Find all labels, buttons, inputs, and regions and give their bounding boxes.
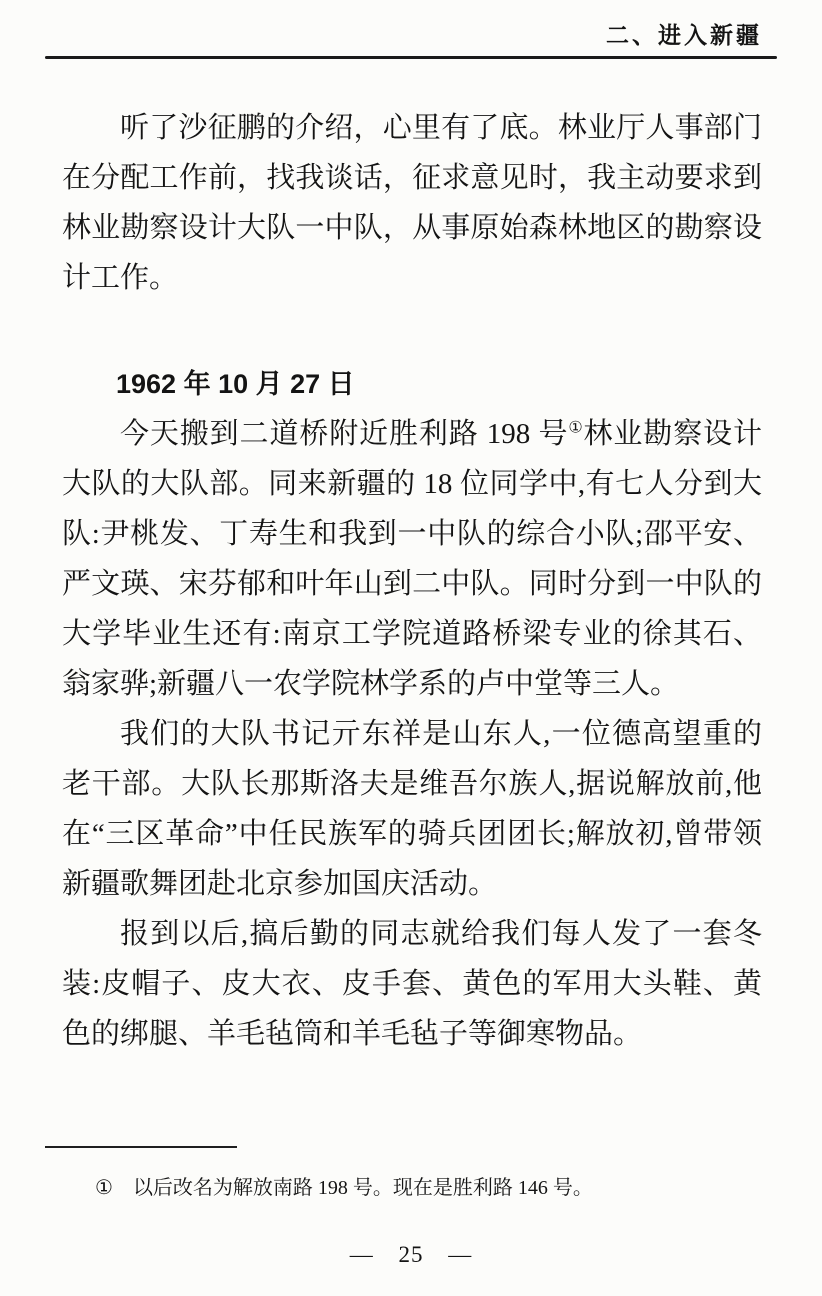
paragraph: 今天搬到二道桥附近胜利路 198 号①林业勘察设计大队的大队部。同来新疆的 18… (62, 409, 762, 709)
footnote-ref: ① (568, 419, 583, 436)
text-block: 听了沙征鹏的介绍，心里有了底。林业厅人事部门在分配工作前，找我谈话，征求意见时，… (62, 103, 762, 1059)
footnote-marker: ① (95, 1177, 113, 1199)
header-rule (45, 56, 777, 59)
footnote-rule (45, 1146, 237, 1148)
footnote: ①以后改名为解放南路 198 号。现在是胜利路 146 号。 (45, 1174, 762, 1202)
footnote-area: ①以后改名为解放南路 198 号。现在是胜利路 146 号。 (45, 1146, 762, 1202)
running-header: 二、进入新疆 (62, 0, 762, 49)
chapter-title: 二、进入新疆 (606, 23, 762, 48)
paragraph: 听了沙征鹏的介绍，心里有了底。林业厅人事部门在分配工作前，找我谈话，征求意见时，… (62, 103, 762, 303)
paragraph: 我们的大队书记亓东祥是山东人,一位德高望重的老干部。大队长那斯洛夫是维吾尔族人,… (62, 709, 762, 909)
date-heading: 1962 年 10 月 27 日 (62, 359, 762, 409)
book-page: 二、进入新疆 听了沙征鹏的介绍，心里有了底。林业厅人事部门在分配工作前，找我谈话… (0, 0, 822, 1296)
page-number: — 25 — (0, 1242, 822, 1268)
footnote-text: 以后改名为解放南路 198 号。现在是胜利路 146 号。 (133, 1177, 593, 1199)
paragraph: 报到以后,搞后勤的同志就给我们每人发了一套冬装:皮帽子、皮大衣、皮手套、黄色的军… (62, 909, 762, 1059)
